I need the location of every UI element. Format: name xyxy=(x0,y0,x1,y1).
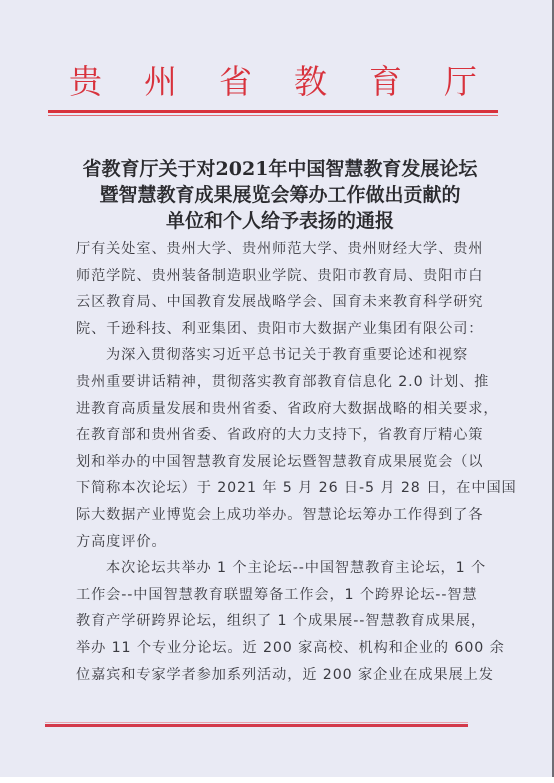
body-line: 举办 11 个专业分论坛。近 200 家高校、机构和企业的 600 余 xyxy=(76,635,486,662)
body-line: 厅有关处室、贵州大学、贵州师范大学、贵州财经大学、贵州 xyxy=(76,236,486,263)
body-line: 方高度评价。 xyxy=(76,529,486,556)
title-line: 暨智慧教育成果展览会筹办工作做出贡献的 xyxy=(60,182,500,208)
body-line: 师范学院、贵州装备制造职业学院、贵阳市教育局、贵阳市白 xyxy=(76,263,486,290)
document-title: 省教育厅关于对2021年中国智慧教育发展论坛 暨智慧教育成果展览会筹办工作做出贡… xyxy=(60,156,500,234)
body-line: 云区教育局、中国教育发展战略学会、国育未来教育科学研究 xyxy=(76,289,486,316)
masthead-divider-thin xyxy=(48,115,498,116)
title-line: 单位和个人给予表扬的通报 xyxy=(60,208,500,234)
body-line: 进教育高质量发展和贵州省委、省政府大数据战略的相关要求， xyxy=(76,396,486,423)
document-page: 贵州省教育厅 省教育厅关于对2021年中国智慧教育发展论坛 暨智慧教育成果展览会… xyxy=(0,0,554,777)
body-line: 教育产学研跨界论坛，组织了 1 个成果展--智慧教育成果展， xyxy=(76,608,486,635)
masthead-char: 厅 xyxy=(423,62,498,102)
body-line: 工作会--中国智慧教育联盟筹备工作会，1 个跨界论坛--智慧 xyxy=(76,582,486,609)
body-line: 在教育部和贵州省委、省政府的大力支持下，省教育厅精心策 xyxy=(76,422,486,449)
body-line: 划和举办的中国智慧教育发展论坛暨智慧教育成果展览会（以 xyxy=(76,449,486,476)
footer-divider-thick xyxy=(45,724,468,727)
body-line: 本次论坛共举办 1 个主论坛--中国智慧教育主论坛，1 个 xyxy=(76,555,486,582)
masthead-char: 省 xyxy=(198,62,273,102)
footer-divider-thin xyxy=(45,722,468,723)
masthead-char: 教 xyxy=(273,62,348,102)
masthead-char: 育 xyxy=(348,62,423,102)
masthead-char: 州 xyxy=(123,62,198,102)
title-line: 省教育厅关于对2021年中国智慧教育发展论坛 xyxy=(60,156,500,182)
body-line: 贵州重要讲话精神，贯彻落实教育部教育信息化 2.0 计划、推 xyxy=(76,369,486,396)
masthead-divider-thick xyxy=(48,110,498,113)
issuer-masthead: 贵州省教育厅 xyxy=(48,62,498,102)
masthead-char: 贵 xyxy=(48,62,123,102)
body-line: 为深入贯彻落实习近平总书记关于教育重要论述和视察 xyxy=(76,342,486,369)
body-line: 下简称本次论坛）于 2021 年 5 月 26 日-5 月 28 日，在中国国 xyxy=(76,475,486,502)
document-body: 厅有关处室、贵州大学、贵州师范大学、贵州财经大学、贵州 师范学院、贵州装备制造职… xyxy=(76,236,486,688)
body-line: 院、千逊科技、利亚集团、贵阳市大数据产业集团有限公司： xyxy=(76,316,486,343)
body-line: 位嘉宾和专家学者参加系列活动，近 200 家企业在成果展上发 xyxy=(76,662,486,689)
body-line: 际大数据产业博览会上成功举办。智慧论坛筹办工作得到了各 xyxy=(76,502,486,529)
